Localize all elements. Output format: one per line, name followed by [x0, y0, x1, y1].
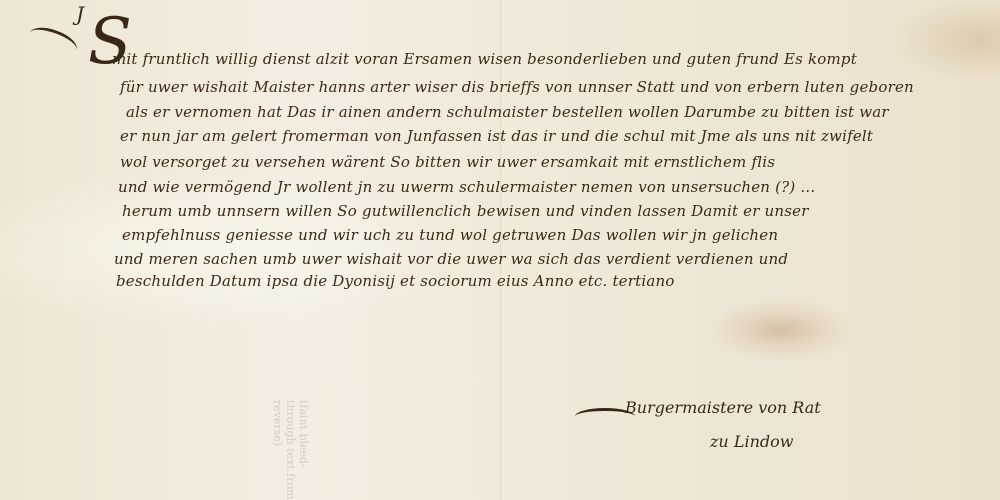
text-line: für uwer wishait Maister hanns arter wis…: [120, 78, 914, 96]
bleed-through: (faint bleed-through text from reverse): [250, 400, 310, 500]
opening-swash: [26, 22, 81, 61]
text-line: empfehlnuss geniesse und wir uch zu tund…: [122, 226, 778, 244]
text-line: beschulden Datum ipsa die Dyonisij et so…: [116, 272, 675, 290]
text-line: herum umb unnsern willen So gutwillencli…: [122, 202, 809, 220]
signature-flourish: [575, 408, 635, 425]
signature-line-1: Burgermaistere von Rat: [625, 398, 821, 417]
margin-mark: J: [76, 2, 84, 26]
text-line: mit fruntlich willig dienst alzit voran …: [112, 50, 857, 68]
text-line: er nun jar am gelert fromerman von Junfa…: [120, 127, 873, 145]
signature-line-2: zu Lindow: [710, 432, 793, 451]
text-line: als er vernomen hat Das ir ainen andern …: [126, 103, 889, 121]
text-line: und wie vermögend Jr wollent jn zu uwerm…: [118, 178, 815, 196]
text-line: wol versorget zu versehen wärent So bitt…: [120, 153, 775, 171]
text-line: und meren sachen umb uwer wishait vor di…: [114, 250, 788, 268]
